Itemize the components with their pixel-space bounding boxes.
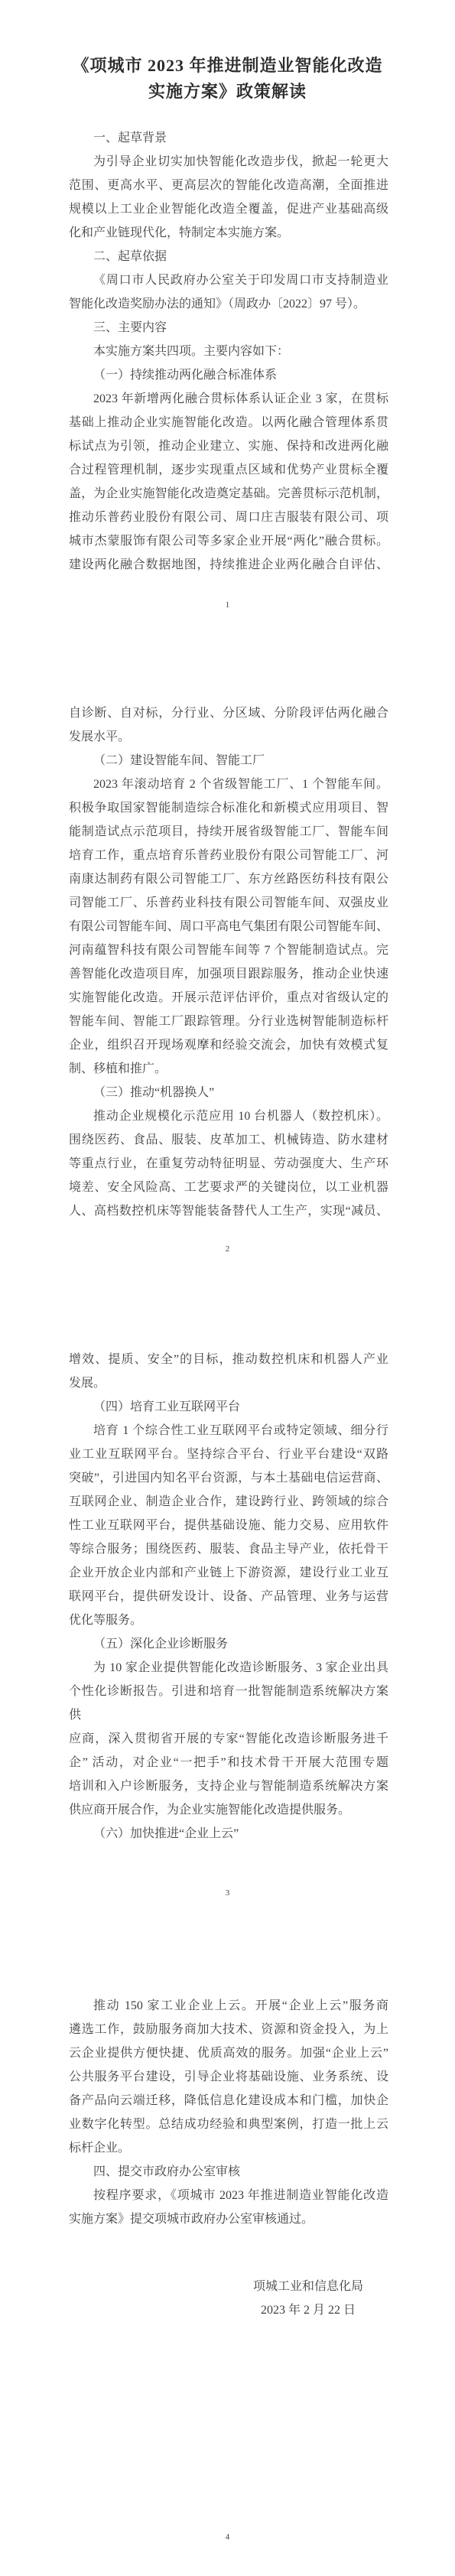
text-line: 善智能化改造项目库，加强项目跟踪服务，推动企业快速	[69, 962, 388, 986]
text-line: （二）建设智能车间、智能工厂	[69, 749, 388, 772]
text-line: 等综合服务；围绕医药、服装、食品主导产业，依托骨干	[69, 1537, 388, 1561]
text-line: 互联网企业、制造企业合作，建设跨行业、跨领域的综合	[69, 1490, 388, 1514]
text-line: 性工业互联网平台，提供基础设施、能力交易、应用软件	[69, 1514, 388, 1537]
text-line: 标杆企业。	[69, 2136, 388, 2160]
text-line: 河南蕴智科技有限公司智能车间等 7 个智能制造试点。完	[69, 938, 388, 962]
text-line: 培训和入户诊断服务，支持企业与智能制造系统解决方案	[69, 1774, 388, 1798]
text-line: 遴选工作，鼓励服务商加大技术、资源和资金投入，为上	[69, 2018, 388, 2041]
text-line: 制、移植和推广。	[69, 1057, 388, 1081]
signature-org: 项城工业和信息化局	[253, 2275, 363, 2298]
text-line: （四）培育工业互联网平台	[69, 1395, 388, 1419]
text-line: （三）推动“机器换人”	[69, 1081, 388, 1104]
text-line: 三、主要内容	[69, 316, 388, 340]
text-line: 推动企业规模化示范应用 10 台机器人（数控机床）。	[69, 1104, 388, 1128]
text-line: 一、起草背景	[69, 126, 388, 150]
text-line: （六）加快推进“企业上云”	[69, 1822, 388, 1846]
text-line: 围绕医药、食品、服装、皮革加工、机械铸造、防水建材	[69, 1128, 388, 1152]
text-line: 智能车间、智能工厂跟踪管理。分行业选树智能制造标杆	[69, 1010, 388, 1033]
text-line: 《周口市人民政府办公室关于印发周口市支持制造业	[69, 268, 388, 292]
text-line: 建设两化融合数据地图，持续推进企业两化融合自评估、	[69, 553, 388, 577]
page-content: 自诊断、自对标，分行业、分区域、分阶段评估两化融合发展水平。（二）建设智能车间、…	[69, 701, 388, 1223]
document-page: 自诊断、自对标，分行业、分区域、分阶段评估两化融合发展水平。（二）建设智能车间、…	[0, 644, 455, 1288]
text-line: （一）持续推动两化融合标准体系	[69, 363, 388, 387]
text-line: 业工业互联网平台。坚持综合平台、行业平台建设“双路	[69, 1442, 388, 1466]
document-page: 《项城市 2023 年推进制造业智能化改造实施方案》政策解读一、起草背景为引导企…	[0, 0, 455, 644]
document-title-line-2: 实施方案》政策解读	[0, 79, 455, 105]
text-line: 二、起草依据	[69, 245, 388, 268]
text-line: 培育 1 个综合性工业互联网平台或特定领域、细分行	[69, 1419, 388, 1442]
text-line: 联网平台，提供研发设计、设备、产品管理、业务与运营	[69, 1585, 388, 1608]
document-page: 增效、提质、安全”的目标，推动数控机床和机器人产业发展。（四）培育工业互联网平台…	[0, 1288, 455, 1932]
text-line: 按程序要求，《项城市 2023 年推进制造业智能化改造	[69, 2184, 388, 2207]
text-line: 标试点为引领，推动企业建立、实施、保持和改进两化融	[69, 434, 388, 458]
text-line: 规模以上工业企业智能化改造全覆盖，促进产业基础高级	[69, 197, 388, 221]
text-line: 实施智能化改造。开展示范评估评价，重点对省级认定的	[69, 986, 388, 1010]
text-line: 增效、提质、安全”的目标，推动数控机床和机器人产业	[69, 1348, 388, 1371]
text-line: 智能化改造奖励办法的通知》（周政办〔2022〕97 号）。	[69, 292, 388, 316]
page-number: 3	[0, 1888, 455, 1898]
text-line: （五）深化企业诊断服务	[69, 1632, 388, 1656]
page-number: 1	[0, 600, 455, 610]
text-line: 合过程管理机制，逐步实现重点区域和优势产业贯标全覆	[69, 458, 388, 482]
text-line: 盖，为企业实施智能化改造奠定基础。完善贯标示范机制，	[69, 482, 388, 506]
text-line: 优化等服务。	[69, 1608, 388, 1632]
text-line: 南康达制药有限公司智能工厂、东方丝路医纺科技有限公	[69, 867, 388, 891]
page-content: 一、起草背景为引导企业切实加快智能化改造步伐，掀起一轮更大范围、更高水平、更高层…	[69, 126, 388, 577]
text-line: 自诊断、自对标，分行业、分区域、分阶段评估两化融合	[69, 701, 388, 725]
document-title-line-1: 《项城市 2023 年推进制造业智能化改造	[0, 53, 455, 79]
text-line: 发展水平。	[69, 725, 388, 749]
text-line: 范围、更高水平、更高层次的智能化改造高潮，全面推进	[69, 174, 388, 197]
text-line: 突破”，引进国内知名平台资源，与本土基础电信运营商、	[69, 1466, 388, 1490]
text-line: 本实施方案共四项。主要内容如下：	[69, 340, 388, 363]
text-line: 推动 150 家工业企业上云。开展“企业上云”服务商	[69, 1994, 388, 2018]
text-line: 基础上推动企业实施智能化改造。以两化融合管理体系贯	[69, 411, 388, 434]
text-line: 企” 活动，对企业“一把手”和技术骨干开展大范围专题	[69, 1751, 388, 1774]
text-line: 积极争取国家智能制造综合标准化和新模式应用项目、智	[69, 796, 388, 820]
text-line: 人、高档数控机床等智能装备替代人工生产，实现“减员、	[69, 1199, 388, 1223]
signature-block: 项城工业和信息化局2023 年 2 月 22 日	[253, 2275, 363, 2322]
page-number: 4	[0, 2532, 455, 2542]
text-line: 四、提交市政府办公室审核	[69, 2160, 388, 2184]
text-line: 司智能工厂、乐普药业科技有限公司智能车间、双强皮业	[69, 891, 388, 915]
text-line: 推动乐普药业股份有限公司、周口庄吉服装有限公司、项	[69, 506, 388, 529]
text-line: 化和产业链现代化，特制定本实施方案。	[69, 221, 388, 245]
text-line: 应商，深入贯彻省开展的专家“智能化改造诊断服务进千	[69, 1727, 388, 1751]
text-line: 城市杰蒙服饰有限公司等多家企业开展“两化”融合贯标。	[69, 529, 388, 553]
text-line: 供	[69, 1703, 388, 1727]
text-line: 2023 年滚动培育 2 个省级智能工厂、1 个智能车间。	[69, 772, 388, 796]
text-line: 培育工作，重点培育乐普药业股份有限公司智能工厂、河	[69, 844, 388, 867]
text-line: 公共服务平台建设，引导企业将基础设施、业务系统、设	[69, 2065, 388, 2089]
text-line: 个性化诊断报告。引进和培育一批智能制造系统解决方案	[69, 1680, 388, 1703]
text-line: 业数字化转型。总结成功经验和典型案例，打造一批上云	[69, 2113, 388, 2136]
text-line: 云企业提供方便快捷、优质高效的服务。加强“企业上云”	[69, 2041, 388, 2065]
page-content: 推动 150 家工业企业上云。开展“企业上云”服务商遴选工作，鼓励服务商加大技术…	[69, 1994, 388, 2231]
document-title: 《项城市 2023 年推进制造业智能化改造实施方案》政策解读	[0, 53, 455, 105]
text-line: 备产品向云端迁移，降低信息化建设成本和门槛，加快企	[69, 2089, 388, 2113]
signature-date: 2023 年 2 月 22 日	[253, 2298, 363, 2322]
text-line: 企业开放企业内部和产业链上下游资源，建设行业工业互	[69, 1561, 388, 1585]
page-content: 增效、提质、安全”的目标，推动数控机床和机器人产业发展。（四）培育工业互联网平台…	[69, 1348, 388, 1846]
text-line: 境差、安全风险高、工艺要求严的关键岗位，以工业机器	[69, 1176, 388, 1199]
text-line: 2023 年新增两化融合贯标体系认证企业 3 家，在贯标	[69, 387, 388, 411]
text-line: 实施方案》提交项城市政府办公室审核通过。	[69, 2207, 388, 2231]
text-line: 企业，组织召开现场观摩和经验交流会，加快有效模式复	[69, 1033, 388, 1057]
document: 《项城市 2023 年推进制造业智能化改造实施方案》政策解读一、起草背景为引导企…	[0, 0, 455, 2576]
page-number: 2	[0, 1244, 455, 1254]
document-page: 推动 150 家工业企业上云。开展“企业上云”服务商遴选工作，鼓励服务商加大技术…	[0, 1932, 455, 2576]
text-line: 能制造试点示范项目，持续开展省级智能工厂、智能车间	[69, 820, 388, 844]
text-line: 有限公司智能车间、周口平高电气集团有限公司智能车间、	[69, 915, 388, 938]
text-line: 为引导企业切实加快智能化改造步伐，掀起一轮更大	[69, 150, 388, 174]
text-line: 为 10 家企业提供智能化改造诊断服务、3 家企业出具	[69, 1656, 388, 1680]
text-line: 发展。	[69, 1371, 388, 1395]
text-line: 等重点行业，在重复劳动特征明显、劳动强度大、生产环	[69, 1152, 388, 1176]
text-line: 供应商开展合作，为企业实施智能化改造提供服务。	[69, 1798, 388, 1822]
